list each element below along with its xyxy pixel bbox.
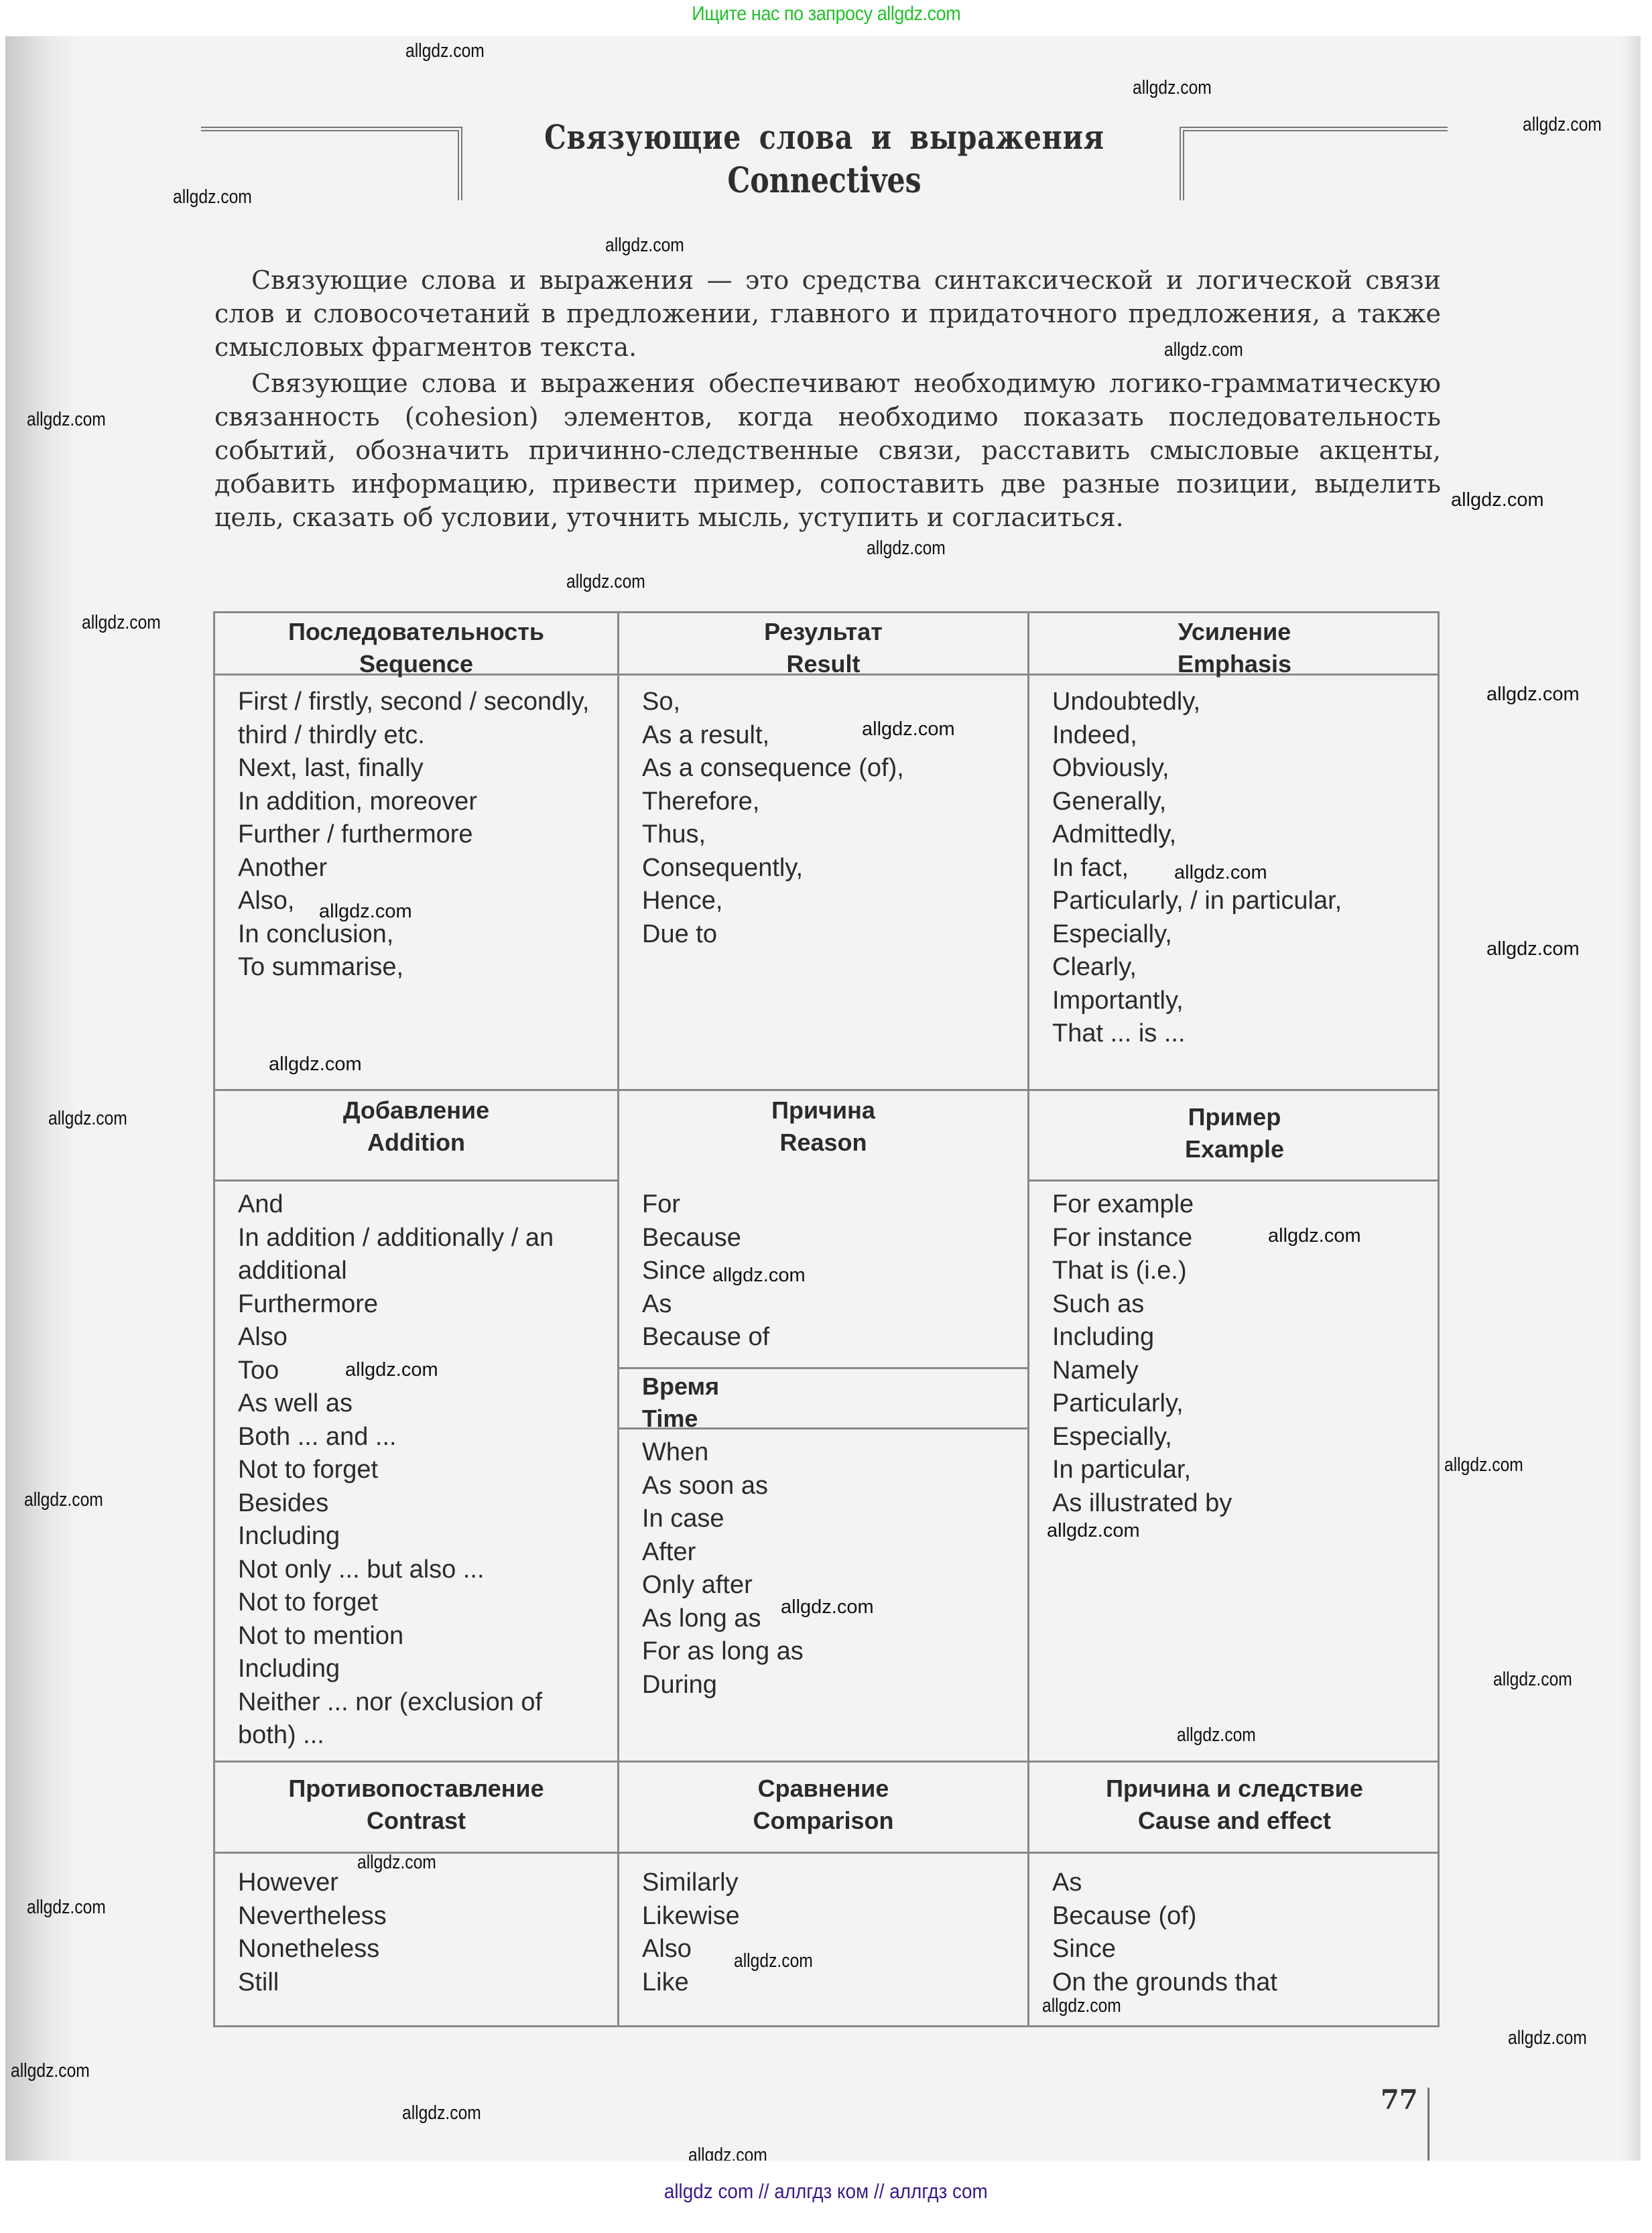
list-item: Not only ... but also ... xyxy=(238,1553,604,1587)
list-item: Because xyxy=(642,1222,1014,1255)
row-divider xyxy=(1027,1179,1440,1182)
list-item: In addition, moreover xyxy=(238,785,604,819)
header-emphasis-en: Emphasis xyxy=(1029,648,1440,680)
watermark: allgdz.com xyxy=(269,1054,362,1076)
header-cause-effect: Причина и следствие Cause and effect xyxy=(1029,1773,1440,1852)
header-example-ru: Пример xyxy=(1029,1101,1440,1133)
list-item: In case xyxy=(642,1503,1014,1536)
list-item: As a result, xyxy=(642,719,1014,753)
watermark: allgdz.com xyxy=(27,409,106,431)
watermark: allgdz.com xyxy=(1451,489,1544,511)
header-sequence: Последовательность Sequence xyxy=(215,613,617,674)
row-divider xyxy=(215,1761,1438,1763)
list-item: Both ... and ... xyxy=(238,1421,604,1454)
list-item: Besides xyxy=(238,1487,604,1521)
list-item: Another xyxy=(238,852,604,885)
list-example: For exampleFor instanceThat is (i.e.)Suc… xyxy=(1029,1188,1440,1520)
page-number: 77 xyxy=(1381,2084,1418,2116)
watermark: allgdz.com xyxy=(319,901,412,923)
watermark: allgdz.com xyxy=(11,2060,90,2082)
list-item: Importantly, xyxy=(1052,984,1426,1018)
intro-paragraph-1: Связующие слова и выражения — это средст… xyxy=(214,263,1441,364)
title-russian: Связующие слова и выражения xyxy=(313,117,1335,157)
header-example-en: Example xyxy=(1029,1133,1440,1165)
list-contrast: HoweverNeverthelessNonethelessStill xyxy=(215,1866,617,1999)
row-divider xyxy=(617,1367,1027,1369)
watermark: allgdz.com xyxy=(1268,1225,1361,1247)
list-item: Clearly, xyxy=(1052,951,1426,984)
header-emphasis-ru: Усиление xyxy=(1029,616,1440,648)
watermark: allgdz.com xyxy=(1508,2027,1587,2049)
list-item: Not to forget xyxy=(238,1454,604,1487)
header-emphasis: Усиление Emphasis xyxy=(1029,613,1440,674)
intro-paragraph-2: Связующие слова и выражения обеспечивают… xyxy=(214,367,1441,534)
list-comparison: SimilarlyLikewiseAlsoLike xyxy=(619,1866,1027,1999)
watermark: allgdz.com xyxy=(1523,114,1602,136)
list-item: Similarly xyxy=(642,1866,1014,1900)
header-contrast-en: Contrast xyxy=(215,1805,617,1837)
list-item: Hence, xyxy=(642,885,1014,918)
list-item: As a consequence (of), xyxy=(642,752,1014,785)
list-item: During xyxy=(642,1669,1014,1702)
list-item: Nevertheless xyxy=(238,1900,604,1933)
row-divider xyxy=(215,1179,617,1182)
list-item: Next, last, finally xyxy=(238,752,604,785)
list-item: Thus, xyxy=(642,818,1014,852)
list-result: So,As a result,As a consequence (of),The… xyxy=(619,686,1027,951)
list-item: Especially, xyxy=(1052,918,1426,952)
list-item: For as long as xyxy=(642,1635,1014,1669)
watermark: allgdz.com xyxy=(82,612,161,634)
list-item: Such as xyxy=(1052,1288,1426,1322)
list-item: Indeed, xyxy=(1052,719,1426,753)
header-contrast-ru: Противопоставление xyxy=(215,1773,617,1805)
list-item: Also, xyxy=(238,885,604,918)
watermark: allgdz.com xyxy=(27,1897,106,1919)
list-item: Obviously, xyxy=(1052,752,1426,785)
watermark: allgdz.com xyxy=(1174,862,1267,884)
watermark: allgdz.com xyxy=(605,235,684,257)
list-item: Including xyxy=(1052,1321,1426,1354)
list-item: Also xyxy=(238,1321,604,1354)
list-item: In particular, xyxy=(1052,1454,1426,1487)
list-item: Likewise xyxy=(642,1900,1014,1933)
header-addition-ru: Добавление xyxy=(215,1094,617,1127)
watermark: allgdz.com xyxy=(712,1265,806,1287)
watermark: allgdz.com xyxy=(566,571,645,593)
header-reason-ru: Причина xyxy=(619,1094,1027,1127)
header-time: Время Time xyxy=(619,1370,1027,1427)
watermark: allgdz.com xyxy=(1042,1995,1121,2017)
list-item: And xyxy=(238,1188,604,1222)
list-item: Further / furthermore xyxy=(238,818,604,852)
header-result-ru: Результат xyxy=(619,616,1027,648)
header-cause-effect-en: Cause and effect xyxy=(1029,1805,1440,1837)
list-item: Like xyxy=(642,1966,1014,2000)
watermark: allgdz.com xyxy=(734,1950,813,1972)
header-comparison-ru: Сравнение xyxy=(619,1773,1027,1805)
list-item: As xyxy=(642,1288,1014,1322)
header-example: Пример Example xyxy=(1029,1101,1440,1179)
watermark: allgdz.com xyxy=(1486,938,1580,960)
watermark: allgdz.com xyxy=(1177,1724,1256,1746)
list-item: Since xyxy=(1052,1933,1426,1966)
bottom-banner: allgdz com // аллгдз ком // аллгдз com xyxy=(0,2161,1652,2233)
list-addition: AndIn addition / additionally / an addit… xyxy=(215,1188,617,1752)
list-item: Neither ... nor (exclusion of both) ... xyxy=(238,1686,604,1752)
list-item: On the grounds that xyxy=(1052,1966,1426,2000)
list-item: Generally, xyxy=(1052,785,1426,819)
list-time: WhenAs soon asIn caseAfterOnly afterAs l… xyxy=(619,1436,1027,1702)
list-item: As xyxy=(1052,1866,1426,1900)
watermark: allgdz.com xyxy=(48,1108,127,1130)
header-reason-en: Reason xyxy=(619,1127,1027,1159)
list-item: Including xyxy=(238,1520,604,1553)
header-comparison-en: Comparison xyxy=(619,1805,1027,1837)
title-english: Connectives xyxy=(313,160,1335,201)
header-sequence-en: Sequence xyxy=(215,648,617,680)
header-result: Результат Result xyxy=(619,613,1027,674)
list-item: Especially, xyxy=(1052,1421,1426,1454)
header-reason: Причина Reason xyxy=(619,1094,1027,1179)
list-item: For example xyxy=(1052,1188,1426,1222)
header-comparison: Сравнение Comparison xyxy=(619,1773,1027,1852)
list-item: Particularly, / in particular, xyxy=(1052,885,1426,918)
list-item: In addition / additionally / an addition… xyxy=(238,1222,604,1288)
header-time-ru: Время xyxy=(642,1370,1027,1403)
list-item: To summarise, xyxy=(238,951,604,984)
list-item: For instance xyxy=(1052,1222,1426,1255)
header-addition-en: Addition xyxy=(215,1127,617,1159)
list-reason: ForBecauseSinceAsBecause of xyxy=(619,1188,1027,1354)
watermark: allgdz.com xyxy=(1493,1669,1572,1691)
row-divider xyxy=(215,1089,1438,1091)
list-item: First / firstly, second / secondly, thir… xyxy=(238,686,604,752)
list-item: Furthermore xyxy=(238,1288,604,1322)
list-cause-effect: AsBecause (of)SinceOn the grounds that xyxy=(1029,1866,1440,1999)
header-addition: Добавление Addition xyxy=(215,1094,617,1179)
watermark: allgdz.com xyxy=(357,1852,436,1874)
watermark: allgdz.com xyxy=(781,1596,874,1618)
list-item: In conclusion, xyxy=(238,918,604,952)
top-banner-text: Ищите нас по запросу allgdz.com xyxy=(692,3,960,25)
list-item: Since xyxy=(642,1255,1014,1288)
bottom-banner-text: allgdz com // аллгдз ком // аллгдз com xyxy=(664,2179,988,2204)
watermark: allgdz.com xyxy=(1047,1520,1140,1542)
list-item: As well as xyxy=(238,1387,604,1421)
list-item: Therefore, xyxy=(642,785,1014,819)
list-item: Namely xyxy=(1052,1354,1426,1388)
list-item: Particularly, xyxy=(1052,1387,1426,1421)
watermark: allgdz.com xyxy=(402,2102,481,2124)
list-item: So, xyxy=(642,686,1014,719)
intro-text: Связующие слова и выражения — это средст… xyxy=(214,263,1441,534)
watermark: allgdz.com xyxy=(1164,339,1243,361)
top-banner: Ищите нас по запросу allgdz.com xyxy=(0,0,1652,35)
list-item: As soon as xyxy=(642,1470,1014,1503)
list-item: For xyxy=(642,1188,1014,1222)
page-title: Связующие слова и выражения Connectives xyxy=(201,117,1448,208)
list-item: Undoubtedly, xyxy=(1052,686,1426,719)
connectives-table: Последовательность Sequence Результат Re… xyxy=(213,611,1440,2027)
list-item: Nonetheless xyxy=(238,1933,604,1966)
list-item: Not to forget xyxy=(238,1586,604,1620)
list-item: Including xyxy=(238,1653,604,1686)
watermark: allgdz.com xyxy=(867,537,946,560)
header-time-en: Time xyxy=(642,1403,1027,1435)
watermark: allgdz.com xyxy=(1444,1454,1523,1476)
list-item: Because (of) xyxy=(1052,1900,1426,1933)
list-item: Still xyxy=(238,1966,604,2000)
list-item: When xyxy=(642,1436,1014,1470)
list-sequence: First / firstly, second / secondly, thir… xyxy=(215,686,617,984)
watermark: allgdz.com xyxy=(173,186,252,208)
header-sequence-ru: Последовательность xyxy=(215,616,617,648)
list-item: Because of xyxy=(642,1321,1014,1354)
list-item: Admittedly, xyxy=(1052,818,1426,852)
header-cause-effect-ru: Причина и следствие xyxy=(1029,1773,1440,1805)
list-item: As illustrated by xyxy=(1052,1487,1426,1521)
watermark: allgdz.com xyxy=(862,718,955,741)
watermark: allgdz.com xyxy=(1133,77,1212,99)
list-item: Also xyxy=(642,1933,1014,1966)
list-item: Due to xyxy=(642,918,1014,952)
list-item: That ... is ... xyxy=(1052,1017,1426,1051)
watermark: allgdz.com xyxy=(405,40,485,62)
watermark: allgdz.com xyxy=(1486,684,1580,706)
list-item: Not to mention xyxy=(238,1620,604,1653)
list-item: After xyxy=(642,1536,1014,1570)
header-contrast: Противопоставление Contrast xyxy=(215,1773,617,1852)
header-result-en: Result xyxy=(619,648,1027,680)
watermark: allgdz.com xyxy=(24,1489,103,1511)
watermark: allgdz.com xyxy=(345,1359,438,1381)
list-item: Consequently, xyxy=(642,852,1014,885)
list-item: That is (i.e.) xyxy=(1052,1255,1426,1288)
